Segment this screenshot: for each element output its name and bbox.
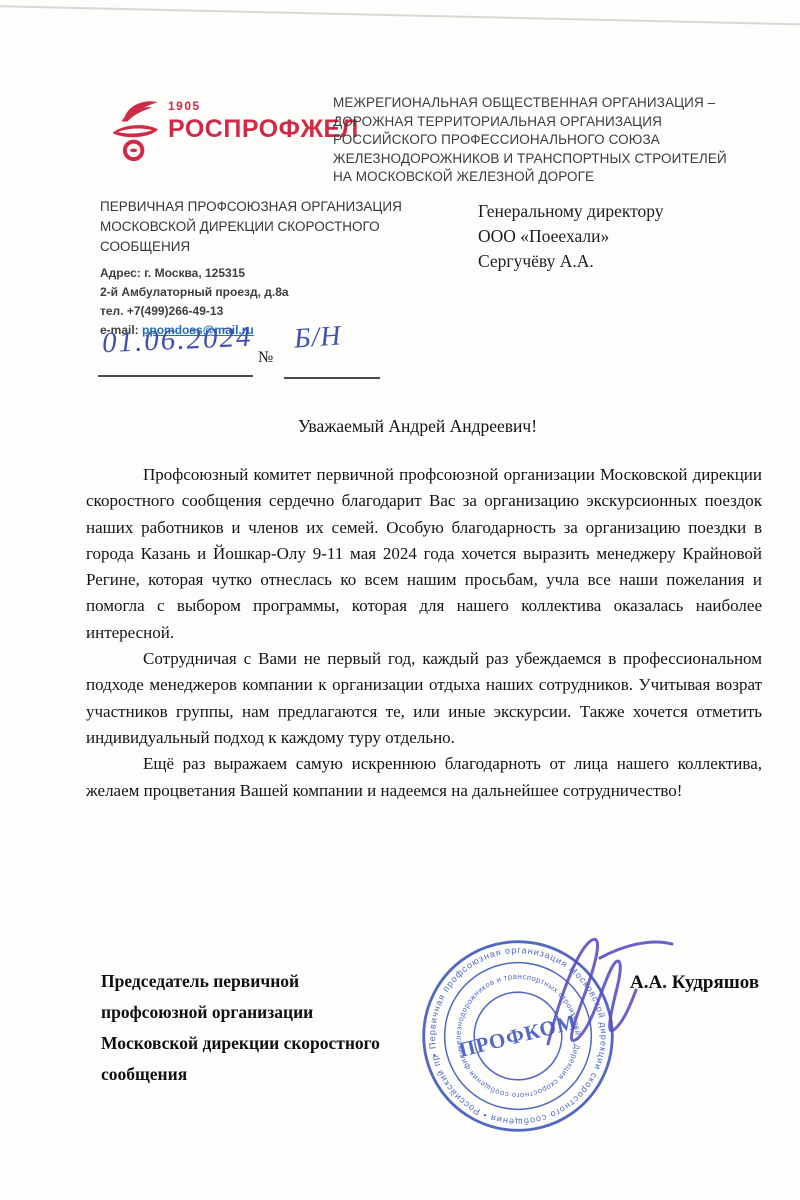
rosprofzhel-logo: 1905 РОСПРОФЖЕЛ [168, 99, 359, 144]
body-paragraph: Профсоюзный комитет первичной профсоюзно… [86, 462, 762, 646]
recipient-line: Сергучёву А.А. [478, 249, 664, 274]
handwritten-date: 01.06.2024 [101, 321, 253, 361]
org-header-line: МЕЖРЕГИОНАЛЬНАЯ ОБЩЕСТВЕННАЯ ОРГАНИЗАЦИЯ… [333, 94, 773, 113]
logo-name: РОСПРОФЖЕЛ [168, 115, 359, 144]
sender-block: ПЕРВИЧНАЯ ПРОФСОЮЗНАЯ ОРГАНИЗАЦИЯ МОСКОВ… [100, 197, 430, 340]
signer-position-line: Председатель первичной [101, 966, 380, 997]
sender-title-line: СООБЩЕНИЯ [100, 237, 430, 257]
org-header-line: ДОРОЖНАЯ ТЕРРИТОРИАЛЬНАЯ ОРГАНИЗАЦИЯ [333, 113, 773, 132]
signer-position-line: профсоюзной организации [101, 997, 380, 1028]
sender-title-line: ПЕРВИЧНАЯ ПРОФСОЮЗНАЯ ОРГАНИЗАЦИЯ [100, 197, 430, 217]
sender-title-line: МОСКОВСКОЙ ДИРЕКЦИИ СКОРОСТНОГО [100, 217, 430, 237]
signer-position: Председатель первичной профсоюзной орган… [101, 966, 380, 1090]
scanned-letter-page: 1905 РОСПРОФЖЕЛ МЕЖРЕГИОНАЛЬНАЯ ОБЩЕСТВЕ… [0, 0, 800, 1200]
recipient-line: Генеральному директору [478, 199, 664, 224]
sender-phone: тел. +7(499)266-49-13 [100, 302, 430, 321]
logo-year: 1905 [168, 99, 359, 113]
handwritten-signature [528, 922, 683, 1077]
signer-position-line: Московской дирекции скоростного [101, 1028, 380, 1059]
body-paragraph: Сотрудничая с Вами не первый год, каждый… [86, 646, 762, 751]
salutation: Уважаемый Андрей Андреевич! [298, 416, 537, 437]
signer-name: А.А. Кудряшов [630, 972, 759, 994]
sender-org-title: ПЕРВИЧНАЯ ПРОФСОЮЗНАЯ ОРГАНИЗАЦИЯ МОСКОВ… [100, 197, 430, 257]
recipient-block: Генеральному директору ООО «Поеехали» Се… [478, 199, 664, 274]
number-sign: № [258, 349, 273, 367]
rosprofzhel-logo-icon [110, 96, 166, 173]
recipient-line: ООО «Поеехали» [478, 224, 664, 249]
org-header-line: РОССИЙСКОГО ПРОФЕССИОНАЛЬНОГО СОЮЗА [333, 131, 773, 150]
org-header: МЕЖРЕГИОНАЛЬНАЯ ОБЩЕСТВЕННАЯ ОРГАНИЗАЦИЯ… [333, 94, 773, 187]
scan-paper-edge [0, 5, 800, 25]
sender-address-line: Адрес: г. Москва, 125315 [100, 264, 430, 283]
signer-position-line: сообщения [101, 1059, 380, 1090]
sender-address-line: 2-й Амбулаторный проезд, д.8а [100, 283, 430, 302]
body-paragraph: Ещё раз выражаем самую искреннюю благода… [86, 751, 762, 804]
letter-body: Профсоюзный комитет первичной профсоюзно… [86, 462, 762, 804]
org-header-line: НА МОСКОВСКОЙ ЖЕЛЕЗНОЙ ДОРОГЕ [333, 168, 773, 187]
date-underline [98, 375, 253, 377]
handwritten-number: Б/Н [293, 320, 343, 355]
number-underline [284, 377, 380, 379]
org-header-line: ЖЕЛЕЗНОДОРОЖНИКОВ И ТРАНСПОРТНЫХ СТРОИТЕ… [333, 150, 773, 169]
